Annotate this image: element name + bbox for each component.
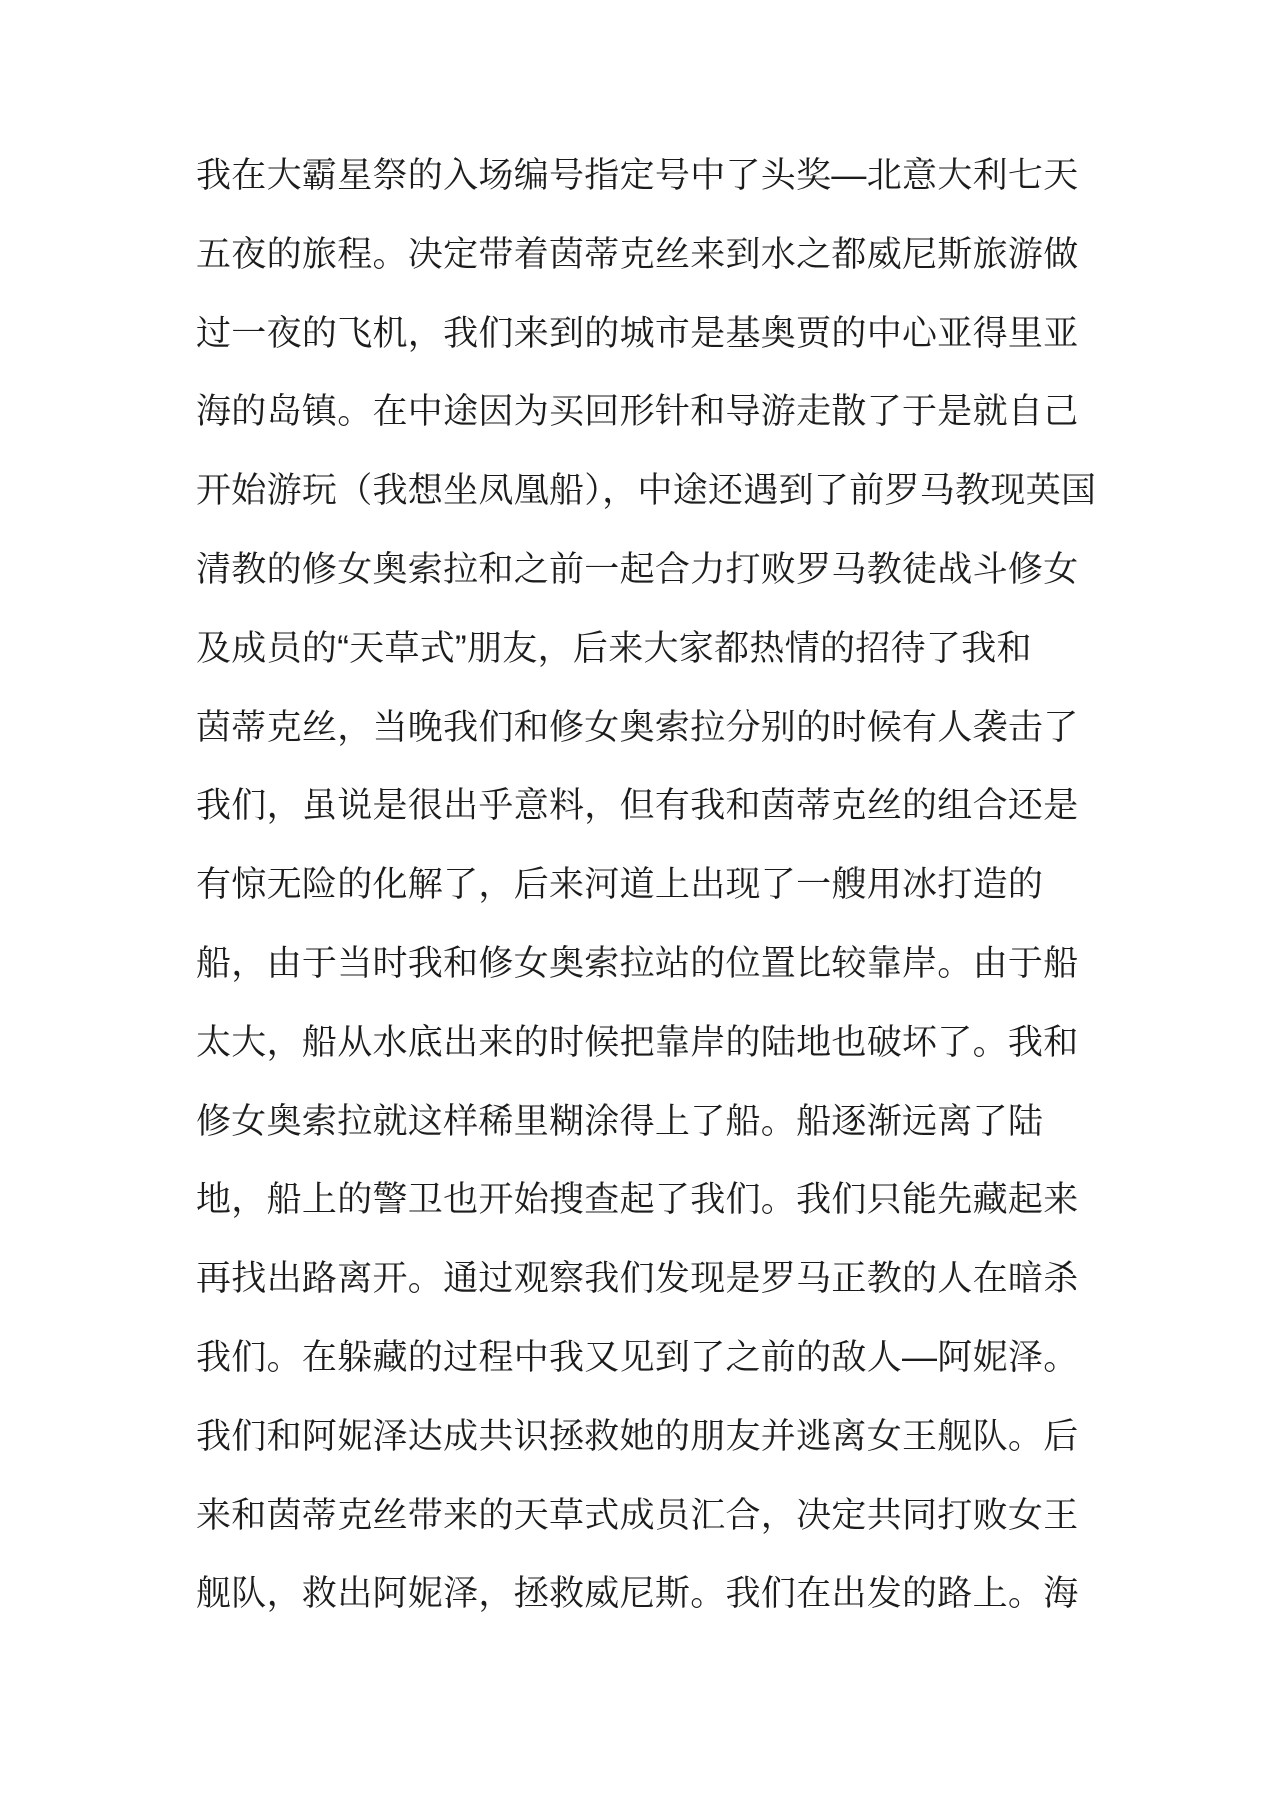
text-line: 清教的修女奥索拉和之前一起合力打败罗马教徒战斗修女 bbox=[196, 531, 1096, 610]
text-line: 有惊无险的化解了，后来河道上出现了一艘用冰打造的 bbox=[196, 846, 1096, 925]
document-page: 我在大霸星祭的入场编号指定号中了头奖—北意大利七天 五夜的旅程。决定带着茵蒂克丝… bbox=[0, 0, 1280, 1811]
text-line: 舰队，救出阿妮泽，拯救威尼斯。我们在出发的路上。海 bbox=[196, 1555, 1096, 1634]
text-line: 我们和阿妮泽达成共识拯救她的朋友并逃离女王舰队。后 bbox=[196, 1398, 1096, 1477]
text-line: 地，船上的警卫也开始搜查起了我们。我们只能先藏起来 bbox=[196, 1161, 1096, 1240]
text-line: 船，由于当时我和修女奥索拉站的位置比较靠岸。由于船 bbox=[196, 925, 1096, 1004]
text-line: 我在大霸星祭的入场编号指定号中了头奖—北意大利七天 bbox=[196, 137, 1096, 216]
text-line: 及成员的“天草式”朋友，后来大家都热情的招待了我和 bbox=[196, 610, 1096, 689]
text-line: 开始游玩（我想坐凤凰船），中途还遇到了前罗马教现英国 bbox=[196, 452, 1096, 531]
text-line: 海的岛镇。在中途因为买回形针和导游走散了于是就自己 bbox=[196, 373, 1096, 452]
text-line: 修女奥索拉就这样稀里糊涂得上了船。船逐渐远离了陆 bbox=[196, 1083, 1096, 1162]
text-line: 再找出路离开。通过观察我们发现是罗马正教的人在暗杀 bbox=[196, 1240, 1096, 1319]
paragraph: 我在大霸星祭的入场编号指定号中了头奖—北意大利七天 五夜的旅程。决定带着茵蒂克丝… bbox=[196, 137, 1096, 1634]
text-line: 过一夜的飞机，我们来到的城市是基奥贾的中心亚得里亚 bbox=[196, 295, 1096, 374]
text-line: 茵蒂克丝，当晚我们和修女奥索拉分别的时候有人袭击了 bbox=[196, 689, 1096, 768]
text-line: 太大，船从水底出来的时候把靠岸的陆地也破坏了。我和 bbox=[196, 1004, 1096, 1083]
text-line: 五夜的旅程。决定带着茵蒂克丝来到水之都威尼斯旅游做 bbox=[196, 216, 1096, 295]
text-line: 我们。在躲藏的过程中我又见到了之前的敌人—阿妮泽。 bbox=[196, 1319, 1096, 1398]
text-line: 来和茵蒂克丝带来的天草式成员汇合，决定共同打败女王 bbox=[196, 1477, 1096, 1556]
text-line: 我们，虽说是很出乎意料，但有我和茵蒂克丝的组合还是 bbox=[196, 767, 1096, 846]
